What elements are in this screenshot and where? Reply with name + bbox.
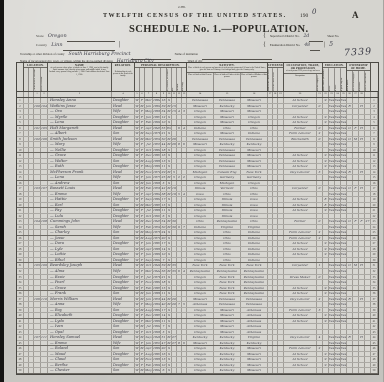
cell: Mar [145,137,153,142]
cell: 39 [371,308,378,313]
cell: Daughter [112,214,135,219]
cell: At School [284,247,317,252]
cell: Oregon [187,203,214,208]
cell: Aug [145,308,153,313]
cell [284,142,317,147]
cell: Arkansas [241,319,268,324]
cell: New York [214,275,241,280]
cell: New York [187,263,214,268]
cell: Ohio [214,126,241,131]
year-prefix: 190 [300,13,308,19]
cell: 28 [371,247,378,252]
cell: Virginia [214,225,241,230]
cell: Farmer [284,126,317,131]
cell [284,269,317,274]
cell: Head [112,219,135,224]
cell: 4 [371,115,378,120]
cell: 34 [17,280,24,285]
cell: Arkansas [187,302,214,307]
cell: At School [284,319,317,324]
cell: Dec [145,153,153,158]
cell [41,247,48,252]
cell: 15 [371,175,378,180]
cell: Tennessee [187,98,214,103]
cell: Jun [145,181,153,186]
cell [41,236,48,241]
cell: 50 [17,368,24,373]
cell: Oct [145,214,153,219]
cell: Missouri [187,104,214,109]
cell: — Opal [48,330,112,335]
cell: 18 [17,192,24,197]
column-subheader: Place of birth of this Person. [187,73,214,91]
column-number: 15 [214,92,241,97]
cell: May [145,109,153,114]
cell: — Alma [48,269,112,274]
cell: Daughter [112,330,135,335]
cell: Daughter [112,280,135,285]
cell [34,291,41,296]
cell: — Earl [48,203,112,208]
cell: 1862 [153,192,161,197]
cell: Jun [145,115,153,120]
cell: 8 [17,137,24,142]
cell: 1889 [153,164,161,169]
cell: 44 [17,335,24,340]
column-subheader: Date of birth: Month. [145,68,153,91]
cell: Missouri [214,319,241,324]
cell: Head [112,263,135,268]
cell: Tennessee [241,302,268,307]
cell [34,319,41,324]
cell [41,324,48,329]
cell: Feb [145,286,153,291]
cell: Feb [145,120,153,125]
cell: 27 [371,241,378,246]
cell: 41 [371,319,378,324]
cell: Daughter [112,98,135,103]
cell: — Ivan [48,324,112,329]
cell: Indiana [187,126,214,131]
ownership-subheaders: Owned or rented.Owned free or mortgaged.… [347,70,370,91]
cell: 2 [17,104,24,109]
cell [41,148,48,153]
cell: Missouri [241,346,268,351]
cell [284,148,317,153]
cell: — Emma [48,192,112,197]
cell [34,241,41,246]
cell: 46 [371,346,378,351]
cell: 14 [371,170,378,175]
cell: Sep [145,335,153,340]
cell: At School [284,164,317,169]
cell [34,109,41,114]
cell: Kentucky [241,341,268,346]
cell: 43 [17,330,24,335]
cell: Dec [145,313,153,318]
cell: Oregon [187,330,214,335]
column-number: 7 [145,92,153,97]
location-subheaders: In cities: Street.House number.Number of… [24,67,47,91]
relation-subtitle: Relationship of each person to the head … [112,67,134,78]
cell: Kentucky [214,346,241,351]
cell: 1890 [153,120,161,125]
cell: Missouri [214,120,241,125]
cell: Ohio [214,252,241,257]
cell: Kentucky [214,335,241,340]
cell [34,214,41,219]
cell: 20 [17,203,24,208]
cell: 1853 [153,341,161,346]
cell: — Grace [48,153,112,158]
cell: 32 [17,269,24,274]
cell: Missouri [241,368,268,373]
cell: Kentucky [214,341,241,346]
cell: Oregon [187,324,214,329]
cell: Jul [145,142,153,147]
cell: Son [112,131,135,136]
cell: Blacksmith [284,137,317,142]
cell: Apr [145,192,153,197]
cell [41,225,48,230]
cell [41,164,48,169]
cell [41,197,48,202]
cell: Feb [145,225,153,230]
cell: Iowa [241,208,268,213]
cell: Missouri [214,131,241,136]
cell: Daughter [112,120,135,125]
census-table: LOCATION. In cities: Street.House number… [16,62,379,375]
cell: Vermont [214,186,241,191]
cell [34,208,41,213]
cell [284,175,317,180]
cell [34,192,41,197]
cell [41,275,48,280]
cell: 1885 [153,203,161,208]
cell: Sep [145,131,153,136]
cell: 102 [34,137,41,142]
cell: 1881 [153,148,161,153]
cell: 30 [371,258,378,263]
cell: Son [112,357,135,362]
cell [34,225,41,230]
cell: 1844 [153,269,161,274]
cell: 31 [17,263,24,268]
cell: Oregon [187,252,214,257]
cell: 2 [371,104,378,109]
form-number-note: 2-385. [178,5,186,9]
cell [41,230,48,235]
cell: Oregon [187,368,214,373]
cell: — Roy [48,308,112,313]
cell: Indiana [241,236,268,241]
cell: Wife [112,175,135,180]
cell: Mar [145,98,153,103]
cell: 16 [17,181,24,186]
cell [41,131,48,136]
cell: Missouri [214,115,241,120]
census-title: TWELFTH CENSUS OF THE UNITED STATES. [103,12,287,19]
column-subheader: Place of birth of Father of this person. [214,73,241,91]
cell [284,192,317,197]
cell: Arkansas [241,308,268,313]
cell: Ohio [214,236,241,241]
location-group: LOCATION. In cities: Street.House number… [24,63,48,91]
cell: Oregon [187,208,214,213]
cell: 45 [371,341,378,346]
cell: 29 [17,252,24,257]
cell: Sep [145,258,153,263]
cell: Jan [145,341,153,346]
cell: Daughter [112,208,135,213]
cell: Oregon [187,275,214,280]
cell: Wife [112,302,135,307]
cell [34,258,41,263]
cell: — Lulu [48,214,112,219]
cell: 37 [371,297,378,302]
cell: 108 [41,219,48,224]
cell: Tennessee [214,148,241,153]
cell: 27 [17,241,24,246]
cell: Kentucky [214,104,241,109]
cell: Smith Jackson [48,137,112,142]
education-title: EDUCATION. [323,63,346,67]
cell: 45 [17,341,24,346]
column-number: 8 [153,92,161,97]
cell: Tennessee [214,98,241,103]
cell: New York [214,286,241,291]
cell: Mar [145,269,153,274]
cell: Missouri [214,109,241,114]
cell [34,120,41,125]
citizenship-title: CITIZENSHIP. [268,63,283,67]
cell [284,225,317,230]
cell [34,153,41,158]
cell [34,131,41,136]
cell: Oregon [187,308,214,313]
cell: 1887 [153,115,161,120]
cell: Dec [145,219,153,224]
cell: 1886 [153,357,161,362]
cell: Oregon [187,363,214,368]
cell: 50 [371,368,378,373]
cell: 1892 [153,258,161,263]
cell: Carpenter [284,263,317,268]
cell: 1860 [153,302,161,307]
cell: 107 [34,335,41,340]
cell: 1886 [153,159,161,164]
cell: Head [112,126,135,131]
column-number: 4 [112,92,135,97]
cell: Holt Margarett [48,126,112,131]
cell [284,181,317,186]
cell: Iowa [241,214,268,219]
cell [41,368,48,373]
cell: Oregon [187,258,214,263]
cell: 1861 [153,104,161,109]
cell: Oregon [187,236,214,241]
cell: Ohio [214,192,241,197]
cell: Illinois [214,203,241,208]
cell: 25 [371,230,378,235]
column-number: 14 [187,92,214,97]
cell: Bassett Louis [48,186,112,191]
cell: Kentucky [214,357,241,362]
nativity-subtitle: Place of birth of each person and parent… [187,67,267,72]
personal-description-group: PERSONAL DESCRIPTION. Color or race.Sex.… [135,63,187,91]
cell: At School [284,197,317,202]
column-number: 3 [48,92,112,97]
cell: Head [112,297,135,302]
cell: 35 [371,286,378,291]
cell: At School [284,203,317,208]
cell: Apr [145,346,153,351]
column-subheader: Number of dwelling house, in the order o… [34,68,41,91]
cell: 1883 [153,241,161,246]
cell: Jul [145,324,153,329]
cell: Oregon [187,319,214,324]
cell: 1876 [153,230,161,235]
cell: Illinois [187,186,214,191]
cell [34,159,41,164]
cell [41,330,48,335]
cell: Oregon [187,159,214,164]
nativity-subheaders: Place of birth of this Person.Place of b… [187,72,267,91]
cell: — Grace [48,286,112,291]
cell [34,252,41,257]
cell: 1 [17,98,24,103]
cell: New York [214,263,241,268]
cell: Daughter [112,241,135,246]
cell: 49 [371,363,378,368]
cell: Oregon [187,197,214,202]
cell: Farm Laborer [284,308,317,313]
cell: Missouri [214,313,241,318]
cell: — Myrtle [48,115,112,120]
cell: Oregon [187,247,214,252]
cell [34,98,41,103]
cell [41,308,48,313]
cell [284,341,317,346]
cell: — Ora [48,109,112,114]
cell: Nov [145,280,153,285]
cell: Kentucky [214,352,241,357]
cell [41,115,48,120]
cell [41,142,48,147]
cell: Oregon [187,153,214,158]
cell: 39 [17,308,24,313]
cell: At School [284,98,317,103]
cell: Ohio [214,258,241,263]
cell: Missouri [241,98,268,103]
cell: Son [112,247,135,252]
cell: 1882 [153,197,161,202]
cell: 24 [17,225,24,230]
cell: Oregon [187,214,214,219]
cell [41,192,48,197]
cell [41,181,48,186]
cell: Jan [145,104,153,109]
table-body: 1Hensley AnnaDaughterWFMar188416STenness… [17,98,378,374]
cell [34,286,41,291]
name-group: NAME of each person whose place of abode… [48,63,112,91]
cell: Nov [145,357,153,362]
cell: 1855 [153,142,161,147]
cell: Michigan [214,181,241,186]
cell: 5 [371,120,378,125]
cell: Illinois [214,214,241,219]
cell: 1893 [153,214,161,219]
cell: 1896 [153,181,161,186]
cell: Head [112,335,135,340]
cell: Tennessee [214,302,241,307]
cell: Oct [145,263,153,268]
cell: — Maud [48,352,112,357]
cell: Farm Laborer [284,236,317,241]
cell [41,208,48,213]
cell [284,324,317,329]
cell: — Lyle [48,247,112,252]
cell: 1888 [153,208,161,213]
column-number [371,92,378,97]
cell: — Albert [48,131,112,136]
cell: 1856 [153,297,161,302]
cell: Oregon [187,109,214,114]
cell: Missouri [241,363,268,368]
cell: 1 [371,98,378,103]
cell: Oregon [187,357,214,362]
cell: Missouri [241,148,268,153]
cell: Day Laborer [284,170,317,175]
cell: Pennsylvania [187,269,214,274]
cell: 42 [17,324,24,329]
cell: 49 [17,363,24,368]
occupation-title: OCCUPATION, TRADE, OR PROFESSION [284,63,322,70]
cell: 106 [34,297,41,302]
cell: 1884 [153,98,161,103]
sheet-value: 5 [329,41,333,48]
cell: Carpenter [284,104,317,109]
cell: Ohio [214,241,241,246]
cell: Tennessee [187,137,214,142]
cell: 28 [17,247,24,252]
cell: 22 [371,214,378,219]
cell: Indiana [241,258,268,263]
cell: At School [284,120,317,125]
cell: New York [214,291,241,296]
cell: 101 [34,126,41,131]
cell: Illinois [214,197,241,202]
cell [34,352,41,357]
column-number: 1 [34,92,41,97]
cell: Ohio [187,219,214,224]
cell: 16 [371,181,378,186]
cell: 19 [371,197,378,202]
cell: Jan [145,297,153,302]
cell: — Ethel [48,258,112,263]
cell: Head [112,104,135,109]
cell [34,247,41,252]
cell: Son [112,203,135,208]
cell [41,153,48,158]
cell: 21 [371,208,378,213]
cell: Farmer [284,219,317,224]
cell: Day Laborer [284,335,317,340]
cell: Ohio [241,186,268,191]
cell: At School [284,286,317,291]
cell: Aug [145,352,153,357]
cell: At School [284,115,317,120]
